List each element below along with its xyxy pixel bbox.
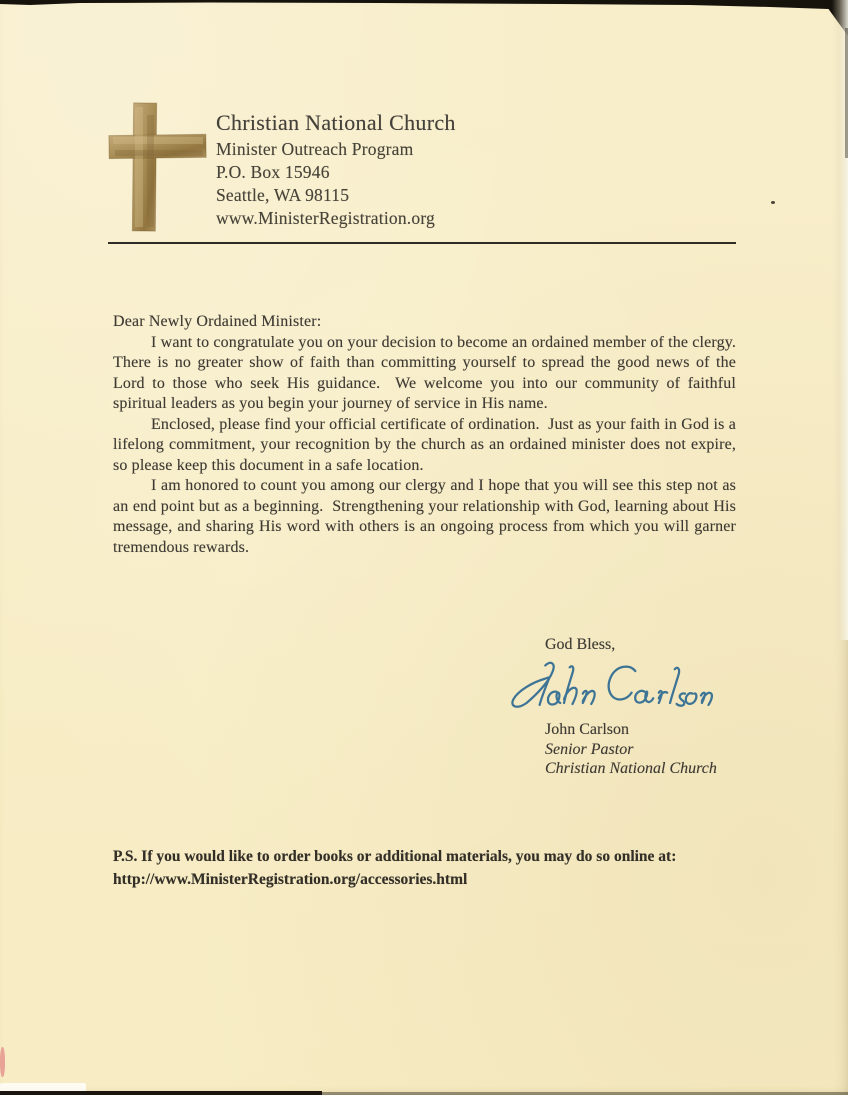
closing-line: God Bless, [545, 636, 615, 654]
postscript: P.S. If you would like to order books or… [113, 846, 753, 891]
postscript-url: http://www.MinisterRegistration.org/acce… [113, 869, 753, 892]
scan-edge-top [0, 0, 848, 10]
city-state-line: Seattle, WA 98115 [216, 184, 456, 207]
scan-smudge-pink [0, 1047, 5, 1077]
letter-body: Dear Newly Ordained Minister: I want to … [113, 312, 736, 558]
website-line: www.MinisterRegistration.org [216, 207, 456, 230]
program-line: Minister Outreach Program [216, 138, 456, 161]
scan-edge-bottom-shadow [0, 1091, 322, 1095]
signer-name: John Carlson [545, 720, 717, 740]
letterhead: Christian National Church Minister Outre… [216, 108, 456, 230]
scan-speck [771, 201, 775, 204]
signer-block: John Carlson Senior Pastor Christian Nat… [545, 720, 717, 779]
po-box-line: P.O. Box 15946 [216, 161, 456, 184]
paragraph-1: I want to congratulate you on your decis… [113, 333, 736, 415]
letterhead-divider-rule [108, 242, 736, 244]
handwritten-signature [504, 656, 716, 725]
signer-title: Senior Pastor [545, 740, 717, 760]
salutation: Dear Newly Ordained Minister: [113, 312, 736, 333]
paragraph-2: Enclosed, please find your official cert… [113, 415, 736, 477]
org-name: Christian National Church [216, 108, 456, 138]
scanned-letter-page: Christian National Church Minister Outre… [0, 0, 848, 1095]
cross-icon [105, 95, 210, 237]
signer-org: Christian National Church [545, 759, 717, 779]
paragraph-3: I am honored to count you among our cler… [113, 476, 736, 558]
postscript-text: P.S. If you would like to order books or… [113, 846, 753, 869]
